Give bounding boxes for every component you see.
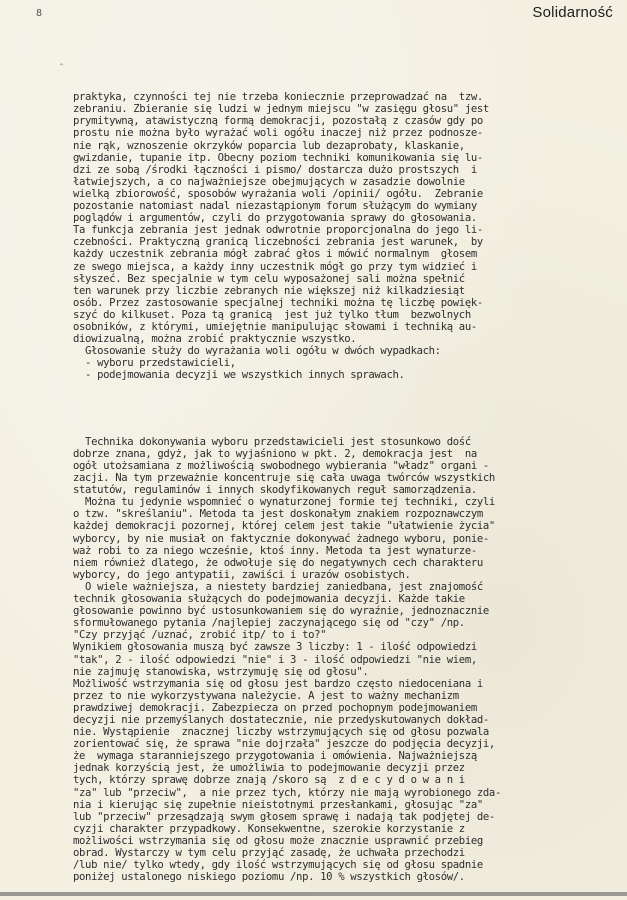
text-line: cyzji charakter przypadkowy. Konsekwentn… [73,823,613,835]
text-line: ten warunek przy liczbie zebranych nie w… [73,285,613,297]
text-line: jednak korzyścią jest, że umożliwia to p… [73,762,613,774]
text-line: "Czy przyjąć /uznać, zrobić itp/ to i to… [73,629,613,641]
text-line: wielką zbiorowość, sposobów wyrażania wo… [73,188,613,200]
page-number: 8 [36,8,42,19]
text-line: możliwości wstrzymania się od głosu może… [73,835,613,847]
text-line: technik głosowania służących do podejmow… [73,593,613,605]
text-line: przez to nie wykorzystywana należycie. A… [73,690,613,702]
text-line: "tak", 2 - ilość odpowiedzi "nie" i 3 - … [73,654,613,666]
text-line: że wymaga staranniejszego przygotowania … [73,750,613,762]
text-line: nie zajmuję stanowiska, wstrzymuję się o… [73,666,613,678]
text-line: zacji. Na tym przeważnie koncentruje się… [73,472,613,484]
text-line: prawdziwej demokracji. Zabezpiecza on pr… [73,702,613,714]
text-line: zorientować się, że sprawa "nie dojrzała… [73,738,613,750]
text-line: Głosowanie służy do wyrażania woli ogółu… [73,345,613,357]
text-line: poniżej ustalonego niskiego poziomu /np.… [73,871,613,883]
text-line: sformułowanego pytania /najlepiej zaczyn… [73,617,613,629]
text-line: dobrze znana, gdyż, jak to wyjaśniono w … [73,448,613,460]
section-assembly-and-voting: praktyka, czynności tej nie trzeba konie… [73,91,613,381]
text-line: Ta funkcja zebrania jest jednak odwrotni… [73,224,613,236]
text-line: prostu nie można było wyrażać woli ogółu… [73,127,613,139]
text-line: wyborcy, by nie musiał on faktycznie dok… [73,533,613,545]
text-line: gwizdanie, tupanie itp. Obecny poziom te… [73,152,613,164]
text-line: waż robi to za niego wcześnie, ktoś inny… [73,545,613,557]
publication-title: Solidarność [532,4,613,21]
text-line: "za" lub "przeciw", a nie przez tych, kt… [73,787,613,799]
text-line: tych, którzy sprawę dobrze znają /skoro … [73,774,613,786]
text-line: wyborcy, do jego antypatii, zawiści i ur… [73,569,613,581]
text-line: Możliwość wstrzymania się od głosu jest … [73,678,613,690]
text-line: nie rąk, wznoszenie okrzyków poparcia lu… [73,140,613,152]
text-line: o tzw. "skreślaniu". Metoda ta jest dosk… [73,508,613,520]
text-line: lub "przeciw" przesądzają swym głosem sp… [73,811,613,823]
text-line: ze swego miejsca, a każdy inny uczestnik… [73,261,613,273]
typewritten-body: praktyka, czynności tej nie trzeba konie… [73,67,613,900]
text-line: obrad. Wystarczy w tym celu przyjąć zasa… [73,847,613,859]
text-line: głosowanie powinno być ustosunkowaniem s… [73,605,613,617]
text-line: statutów, regulaminów i innych skodyfiko… [73,484,613,496]
text-line: słyszeć. Bez specjalnie w tym celu wypos… [73,273,613,285]
text-line: /lub nie/ tylko wtedy, gdy ilość wstrzym… [73,859,613,871]
text-line: poglądów i argumentów, czyli do przygoto… [73,212,613,224]
text-line: nie. Wystąpienie znacznej liczby wstrzym… [73,726,613,738]
text-line: łatwiejszych, a co najważniejsze obejmuj… [73,176,613,188]
text-line: pozostanie natomiast nadal niezastąpiony… [73,200,613,212]
text-line: diowizualną, można zrobić praktycznie ws… [73,333,613,345]
ink-mark: ‸ [60,56,63,66]
text-line: dzi ze sobą /środki łączności i pismo/ d… [73,164,613,176]
text-line: Można tu jedynie wspomnieć o wynaturzone… [73,496,613,508]
text-line: niem również dlatego, że odwołuje się do… [73,557,613,569]
text-line: decyzji nie przemyślanych dostatecznie, … [73,714,613,726]
text-line: - wyboru przedstawicieli, [73,357,613,369]
text-line: Wynikiem głosowania muszą być zawsze 3 l… [73,641,613,653]
text-line: - podejmowania decyzji we wszystkich inn… [73,369,613,381]
scan-bottom-edge [0,892,627,896]
text-line: czebności. Praktyczną granicą liczebnośc… [73,236,613,248]
text-line: każdej demokracji pozornej, której celem… [73,520,613,532]
text-line: prymitywną, atawistyczną formą demokracj… [73,115,613,127]
text-line: zebraniu. Zbieranie się ludzi w jednym m… [73,103,613,115]
text-line: praktyka, czynności tej nie trzeba konie… [73,91,613,103]
text-line: nia i kierując się zupełnie nieistotnymi… [73,799,613,811]
text-line: osobników, z którymi, umiejętnie manipul… [73,321,613,333]
paragraph-gap [73,406,613,412]
document-page: 8 Solidarność ‸ praktyka, czynności tej … [0,0,627,896]
text-line: ogół utożsamiana z możliwością swobodneg… [73,460,613,472]
text-line: szyć do kilkuset. Poza tą granicą jest j… [73,309,613,321]
section-voting-techniques: Technika dokonywania wyboru przedstawici… [73,436,613,883]
text-line: każdy uczestnik zebrania mógł zabrać gło… [73,248,613,260]
text-line: osób. Przez zastosowanie specjalnej tech… [73,297,613,309]
text-line: Technika dokonywania wyboru przedstawici… [73,436,613,448]
text-line: O wiele ważniejsza, a niestety bardziej … [73,581,613,593]
